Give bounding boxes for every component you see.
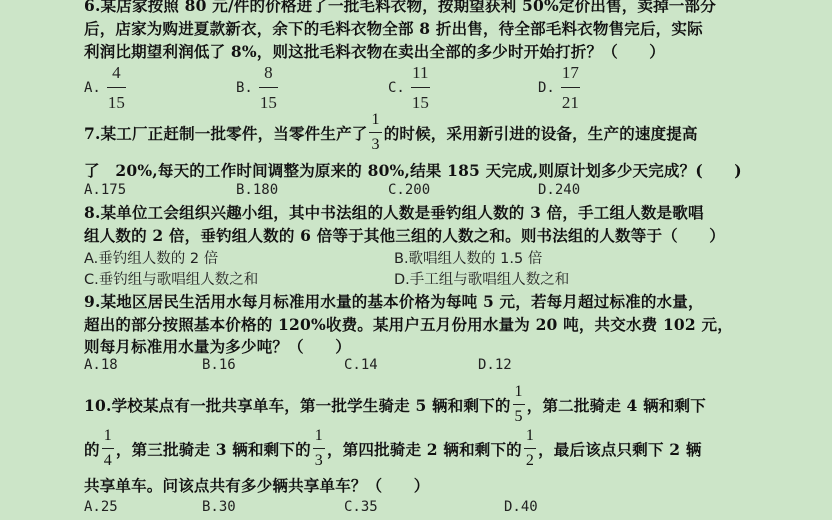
q9-line-2: 超出的部分按照基本价格的 120%收费。某用户五月份用水量为 20 吨，共交水费… <box>84 313 733 335</box>
q6-line-3: 利润比期望利润低了 8%，则这批毛料衣物在卖出全部的多少时开始打折？（ ） <box>84 40 665 62</box>
q10-option-a: A.25 <box>84 499 118 515</box>
fraction: 1 3 <box>369 112 381 153</box>
q6-option-b: B. 8 15 <box>236 64 280 111</box>
q6-option-c: C. 11 15 <box>388 64 432 111</box>
fraction: 17 21 <box>561 64 580 111</box>
q8-option-d: D.手工组与歌唱组人数之和 <box>394 268 569 289</box>
fraction: 4 15 <box>107 64 126 111</box>
q6-line-2: 后，店家为购进夏款新衣，余下的毛料衣物全部 8 折出售，待全部毛料衣物售完后，实… <box>84 17 703 39</box>
q9-option-c: C.14 <box>344 357 378 373</box>
q6-option-a: A. 4 15 <box>84 64 128 111</box>
fraction: 1 3 <box>313 428 325 469</box>
q8-option-c: C.垂钓组与歌唱组人数之和 <box>84 268 258 289</box>
q7-option-b: B.180 <box>236 182 278 198</box>
q10-line-2: 的 1 4 ，第三批骑走 3 辆和剩下的 1 3 ，第四批骑走 2 辆和剩下的 … <box>84 428 702 469</box>
q10-line-1: 10.学校某点有一批共享单车，第一批学生骑走 5 辆和剩下的 1 5 ，第二批骑… <box>84 384 706 425</box>
q8-line-1: 8.某单位工会组织兴趣小组，其中书法组的人数是垂钓组人数的 3 倍，手工组人数是… <box>84 201 704 223</box>
q7-line-1: 7.某工厂正赶制一批零件，当零件生产了 1 3 的时候，采用新引进的设备，生产的… <box>84 112 698 153</box>
q8-option-a: A.垂钓组人数的 2 倍 <box>84 247 218 268</box>
q7-option-d: D.240 <box>538 182 580 198</box>
q9-line-1: 9.某地区居民生活用水每月标准用水量的基本价格为每吨 5 元，若每月超过标准的水… <box>84 290 704 312</box>
q7-option-a: A.175 <box>84 182 126 198</box>
q7-option-c: C.200 <box>388 182 430 198</box>
q9-option-a: A.18 <box>84 357 118 373</box>
q9-line-3: 则每月标准用水量为多少吨？（ ） <box>84 335 351 357</box>
fraction: 1 2 <box>524 428 536 469</box>
q9-option-d: D.12 <box>478 357 512 373</box>
q8-option-b: B.歌唱组人数的 1.5 倍 <box>394 247 542 268</box>
q8-line-2: 组人数的 2 倍，垂钓组人数的 6 倍等于其他三组的人数之和。则书法组的人数等于… <box>84 224 725 246</box>
q6-option-d: D. 17 21 <box>538 64 582 111</box>
fraction: 11 15 <box>411 64 430 111</box>
q7-line-2: 了 20%,每天的工作时间调整为原来的 80%,结果 185 天完成,则原计划多… <box>84 159 742 181</box>
fraction: 1 5 <box>513 384 525 425</box>
q10-option-d: D.40 <box>504 499 538 515</box>
q9-option-b: B.16 <box>202 357 236 373</box>
q10-line-3: 共享单车。问该点共有多少辆共享单车？（ ） <box>84 474 429 496</box>
q6-line-1: 6.某店家按照 80 元/件的价格进了一批毛料衣物，按期望获利 50%定价出售，… <box>84 0 716 16</box>
q10-option-b: B.30 <box>202 499 236 515</box>
q10-option-c: C.35 <box>344 499 378 515</box>
fraction: 8 15 <box>259 64 278 111</box>
fraction: 1 4 <box>102 428 114 469</box>
